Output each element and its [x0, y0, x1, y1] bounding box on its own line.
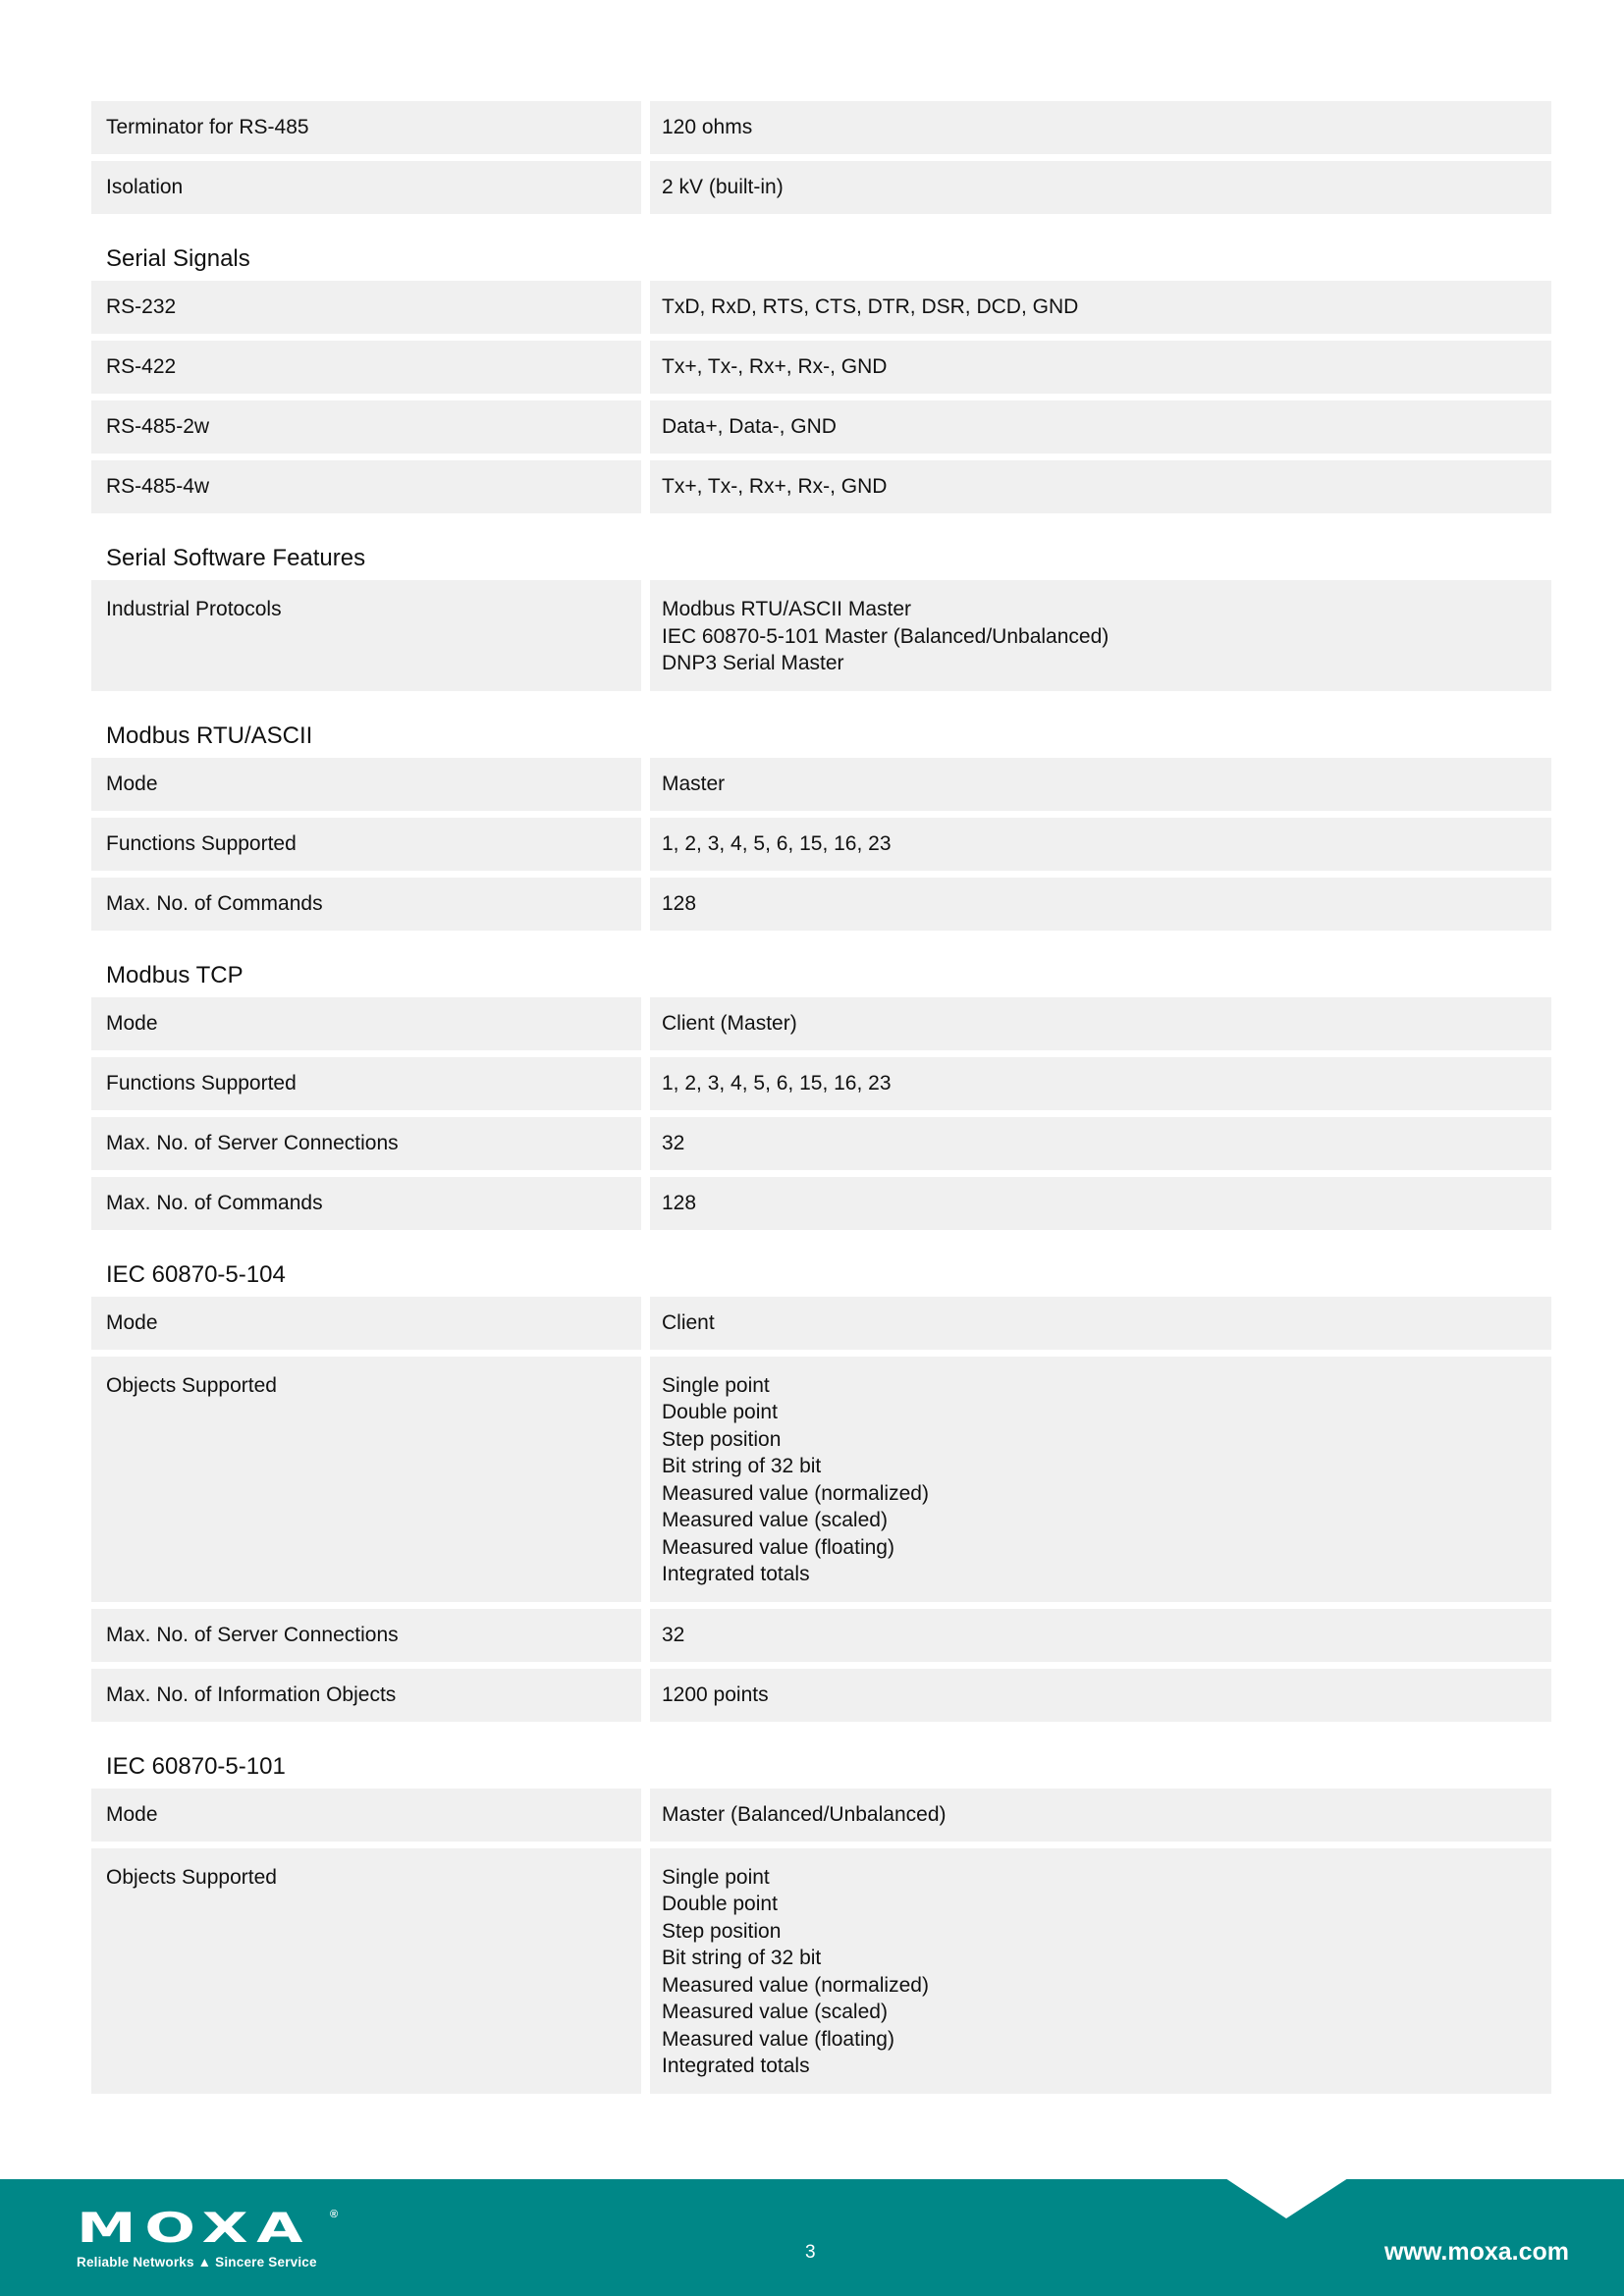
spec-label: Functions Supported	[91, 818, 641, 871]
spec-row: Industrial ProtocolsModbus RTU/ASCII Mas…	[91, 580, 1551, 691]
spec-row: Max. No. of Commands128	[91, 878, 1551, 931]
spec-label: Objects Supported	[91, 1848, 641, 2094]
spec-value: 1200 points	[650, 1669, 1551, 1722]
spec-value-line: Step position	[662, 1918, 1538, 1946]
spec-row: Objects SupportedSingle pointDouble poin…	[91, 1357, 1551, 1602]
spec-value-line: 2 kV (built-in)	[662, 174, 1538, 201]
spec-value-line: Step position	[662, 1426, 1538, 1454]
spec-row: Objects SupportedSingle pointDouble poin…	[91, 1848, 1551, 2094]
spec-label: Mode	[91, 997, 641, 1050]
section-title: Serial Signals	[91, 221, 1551, 281]
spec-value-line: 32	[662, 1130, 1538, 1157]
spec-value-line: Integrated totals	[662, 1561, 1538, 1588]
spec-row: ModeMaster	[91, 758, 1551, 811]
spec-label: Mode	[91, 758, 641, 811]
spec-value: 128	[650, 1177, 1551, 1230]
spec-value-line: 128	[662, 890, 1538, 918]
spec-row: Max. No. of Server Connections32	[91, 1117, 1551, 1170]
spec-row: ModeClient	[91, 1297, 1551, 1350]
spec-row: RS-485-2wData+, Data-, GND	[91, 400, 1551, 454]
spec-row: ModeClient (Master)	[91, 997, 1551, 1050]
spec-value-line: Modbus RTU/ASCII Master	[662, 596, 1538, 623]
spec-value-line: Measured value (normalized)	[662, 1972, 1538, 2000]
spec-row: Isolation2 kV (built-in)	[91, 161, 1551, 214]
spec-row: RS-422Tx+, Tx-, Rx+, Rx-, GND	[91, 341, 1551, 394]
spec-label: Objects Supported	[91, 1357, 641, 1602]
spec-value: 32	[650, 1117, 1551, 1170]
spec-value: 1, 2, 3, 4, 5, 6, 15, 16, 23	[650, 818, 1551, 871]
section-title: Serial Software Features	[91, 520, 1551, 580]
spec-label: Industrial Protocols	[91, 580, 641, 691]
spec-value-line: Measured value (floating)	[662, 1534, 1538, 1562]
spec-row: Max. No. of Server Connections32	[91, 1609, 1551, 1662]
spec-row: Max. No. of Information Objects1200 poin…	[91, 1669, 1551, 1722]
spec-label: Isolation	[91, 161, 641, 214]
spec-value: Modbus RTU/ASCII MasterIEC 60870-5-101 M…	[650, 580, 1551, 691]
spec-value: 1, 2, 3, 4, 5, 6, 15, 16, 23	[650, 1057, 1551, 1110]
page-number: 3	[805, 2242, 816, 2264]
spec-value: Data+, Data-, GND	[650, 400, 1551, 454]
spec-value-line: Tx+, Tx-, Rx+, Rx-, GND	[662, 353, 1538, 381]
spec-value: TxD, RxD, RTS, CTS, DTR, DSR, DCD, GND	[650, 281, 1551, 334]
section-title: IEC 60870-5-104	[91, 1237, 1551, 1297]
section-title: Modbus TCP	[91, 937, 1551, 997]
spec-label: RS-232	[91, 281, 641, 334]
spec-value-line: Measured value (scaled)	[662, 1507, 1538, 1534]
spec-value: Master (Balanced/Unbalanced)	[650, 1789, 1551, 1842]
spec-label: Max. No. of Server Connections	[91, 1609, 641, 1662]
spec-value-line: Measured value (normalized)	[662, 1480, 1538, 1508]
spec-value: 128	[650, 878, 1551, 931]
spec-value-line: Single point	[662, 1864, 1538, 1892]
spec-row: RS-232TxD, RxD, RTS, CTS, DTR, DSR, DCD,…	[91, 281, 1551, 334]
spec-value: Client	[650, 1297, 1551, 1350]
section-title: Modbus RTU/ASCII	[91, 698, 1551, 758]
spec-value-line: 120 ohms	[662, 114, 1538, 141]
footer-notch-triangle	[1225, 2178, 1348, 2218]
spec-value: 120 ohms	[650, 101, 1551, 154]
spec-label: RS-485-2w	[91, 400, 641, 454]
spec-value-line: IEC 60870-5-101 Master (Balanced/Unbalan…	[662, 623, 1538, 651]
spec-value-line: Integrated totals	[662, 2053, 1538, 2080]
spec-value-line: Data+, Data-, GND	[662, 413, 1538, 441]
spec-value-line: 1, 2, 3, 4, 5, 6, 15, 16, 23	[662, 1070, 1538, 1097]
spec-value-line: Single point	[662, 1372, 1538, 1400]
section-title: IEC 60870-5-101	[91, 1729, 1551, 1789]
spec-label: Mode	[91, 1789, 641, 1842]
spec-value-line: 32	[662, 1622, 1538, 1649]
spec-row: Max. No. of Commands128	[91, 1177, 1551, 1230]
spec-value-line: Client	[662, 1309, 1538, 1337]
spec-value-line: Bit string of 32 bit	[662, 1945, 1538, 1972]
spec-label: Mode	[91, 1297, 641, 1350]
spec-value-line: Client (Master)	[662, 1010, 1538, 1038]
spec-value: Tx+, Tx-, Rx+, Rx-, GND	[650, 460, 1551, 513]
spec-value: Master	[650, 758, 1551, 811]
spec-value-line: Bit string of 32 bit	[662, 1453, 1538, 1480]
spec-value-line: 1, 2, 3, 4, 5, 6, 15, 16, 23	[662, 830, 1538, 858]
website-link[interactable]: www.moxa.com	[1384, 2238, 1569, 2267]
spec-value: Single pointDouble pointStep positionBit…	[650, 1848, 1551, 2094]
spec-value-line: DNP3 Serial Master	[662, 650, 1538, 677]
spec-value-line: 128	[662, 1190, 1538, 1217]
spec-value-line: TxD, RxD, RTS, CTS, DTR, DSR, DCD, GND	[662, 294, 1538, 321]
spec-table: Terminator for RS-485120 ohmsIsolation2 …	[91, 101, 1551, 2101]
spec-row: Functions Supported1, 2, 3, 4, 5, 6, 15,…	[91, 818, 1551, 871]
spec-row: Functions Supported1, 2, 3, 4, 5, 6, 15,…	[91, 1057, 1551, 1110]
registered-mark-icon: ®	[330, 2209, 338, 2220]
spec-row: ModeMaster (Balanced/Unbalanced)	[91, 1789, 1551, 1842]
spec-value-line: Measured value (floating)	[662, 2026, 1538, 2054]
logo-tagline: Reliable Networks ▲ Sincere Service	[77, 2255, 317, 2269]
spec-label: Max. No. of Commands	[91, 1177, 641, 1230]
spec-value: Tx+, Tx-, Rx+, Rx-, GND	[650, 341, 1551, 394]
spec-label: Max. No. of Information Objects	[91, 1669, 641, 1722]
spec-value: Single pointDouble pointStep positionBit…	[650, 1357, 1551, 1602]
spec-value-line: Master (Balanced/Unbalanced)	[662, 1801, 1538, 1829]
moxa-logo: MOXA ® Reliable Networks ▲ Sincere Servi…	[77, 2211, 317, 2269]
logo-wordmark: MOXA	[77, 2211, 311, 2246]
spec-value-line: Tx+, Tx-, Rx+, Rx-, GND	[662, 473, 1538, 501]
spec-label: RS-485-4w	[91, 460, 641, 513]
spec-label: RS-422	[91, 341, 641, 394]
spec-row: Terminator for RS-485120 ohms	[91, 101, 1551, 154]
spec-value: 32	[650, 1609, 1551, 1662]
spec-value: 2 kV (built-in)	[650, 161, 1551, 214]
spec-value-line: 1200 points	[662, 1682, 1538, 1709]
spec-label: Terminator for RS-485	[91, 101, 641, 154]
spec-value-line: Master	[662, 771, 1538, 798]
spec-value-line: Measured value (scaled)	[662, 1999, 1538, 2026]
spec-label: Max. No. of Commands	[91, 878, 641, 931]
spec-value: Client (Master)	[650, 997, 1551, 1050]
spec-value-line: Double point	[662, 1399, 1538, 1426]
spec-label: Max. No. of Server Connections	[91, 1117, 641, 1170]
spec-label: Functions Supported	[91, 1057, 641, 1110]
spec-row: RS-485-4wTx+, Tx-, Rx+, Rx-, GND	[91, 460, 1551, 513]
spec-value-line: Double point	[662, 1891, 1538, 1918]
